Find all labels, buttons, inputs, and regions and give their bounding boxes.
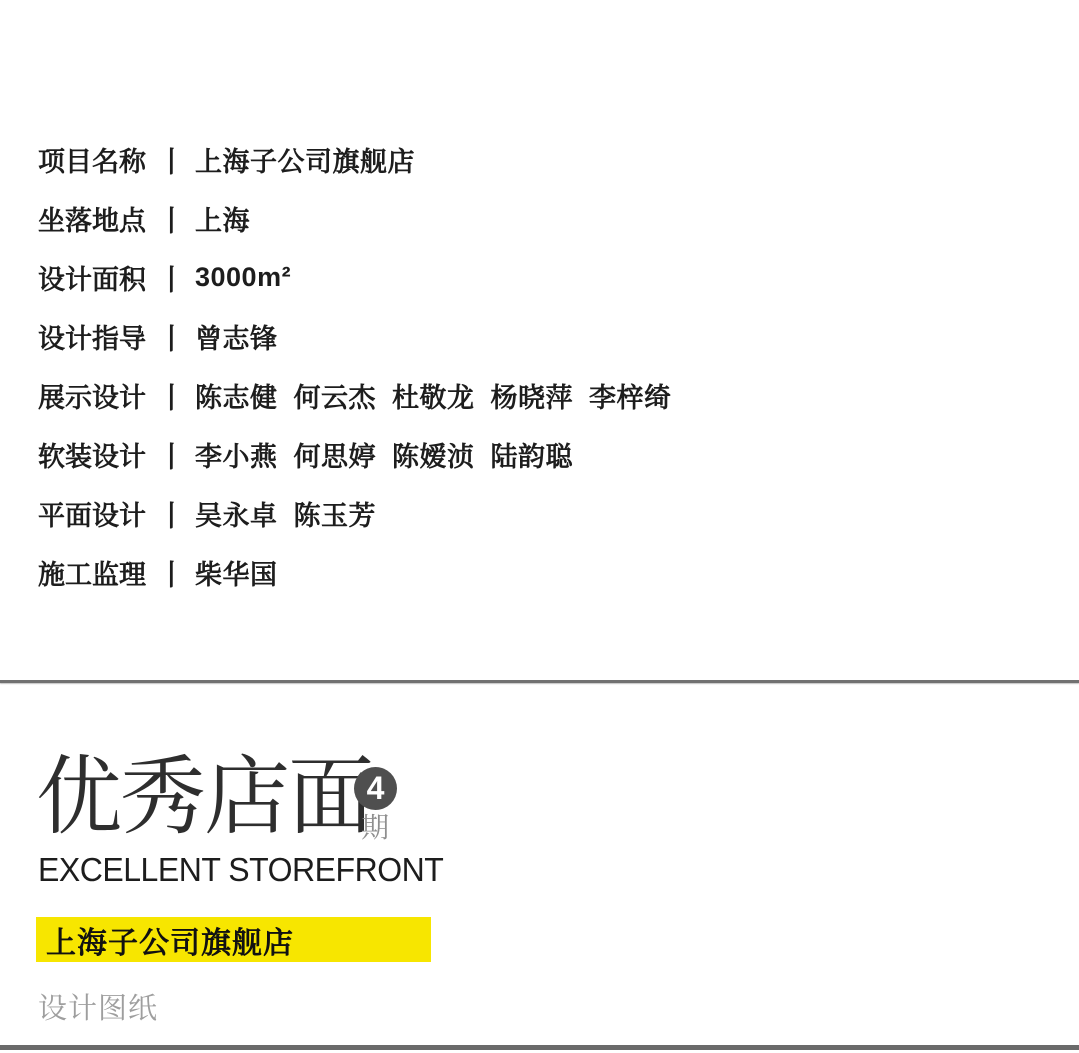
separator-bar: 丨 (158, 257, 185, 298)
separator-bar: 丨 (158, 552, 185, 593)
issue-number-badge: 4 (354, 767, 397, 810)
separator-bar: 丨 (158, 375, 185, 416)
info-label: 设计面积 (38, 258, 146, 297)
info-value: 陈志健 何云杰 杜敬龙 杨晓萍 李梓绮 (195, 376, 672, 415)
info-label: 设计指导 (38, 317, 146, 356)
info-row-construction-supervision: 施工监理 丨 柴华国 (38, 543, 672, 602)
info-row-display-design: 展示设计 丨 陈志健 何云杰 杜敬龙 杨晓萍 李梓绮 (38, 366, 672, 425)
section-divider-line (0, 680, 1079, 683)
section-label: 设计图纸 (38, 986, 158, 1027)
info-value: 曾志锋 (195, 317, 278, 356)
brand-logo-text: 优秀店面 (36, 750, 372, 845)
separator-bar: 丨 (158, 316, 185, 357)
separator-bar: 丨 (158, 198, 185, 239)
info-row-soft-decor-design: 软装设计 丨 李小燕 何思婷 陈嫒浈 陆韵聪 (38, 425, 672, 484)
info-label: 平面设计 (38, 494, 146, 533)
project-info-block: 项目名称 丨 上海子公司旗舰店 坐落地点 丨 上海 设计面积 丨 3000m² … (38, 130, 672, 602)
separator-bar: 丨 (158, 434, 185, 475)
info-value: 柴华国 (195, 553, 278, 592)
info-value: 李小燕 何思婷 陈嫒浈 陆韵聪 (195, 435, 573, 474)
article-title-text: 上海子公司旗舰店 (36, 918, 294, 962)
info-label: 项目名称 (38, 140, 146, 179)
info-row-design-area: 设计面积 丨 3000m² (38, 248, 672, 307)
info-label: 软装设计 (38, 435, 146, 474)
info-row-design-director: 设计指导 丨 曾志锋 (38, 307, 672, 366)
page-canvas: 项目名称 丨 上海子公司旗舰店 坐落地点 丨 上海 设计面积 丨 3000m² … (0, 0, 1079, 1053)
info-row-location: 坐落地点 丨 上海 (38, 189, 672, 248)
article-title-highlight: 上海子公司旗舰店 (36, 917, 431, 962)
issue-badge-label: 期 (352, 806, 398, 846)
brand-logo-subtitle: EXCELLENT STOREFRONT (38, 851, 443, 889)
info-value: 3000m² (195, 262, 291, 293)
bottom-rule-line (0, 1045, 1079, 1050)
info-label: 坐落地点 (38, 199, 146, 238)
info-row-project-name: 项目名称 丨 上海子公司旗舰店 (38, 130, 672, 189)
separator-bar: 丨 (158, 139, 185, 180)
info-value: 吴永卓 陈玉芳 (195, 494, 376, 533)
info-row-graphic-design: 平面设计 丨 吴永卓 陈玉芳 (38, 484, 672, 543)
info-label: 展示设计 (38, 376, 146, 415)
separator-bar: 丨 (158, 493, 185, 534)
info-label: 施工监理 (38, 553, 146, 592)
info-value: 上海子公司旗舰店 (195, 140, 415, 179)
info-value: 上海 (195, 199, 250, 238)
